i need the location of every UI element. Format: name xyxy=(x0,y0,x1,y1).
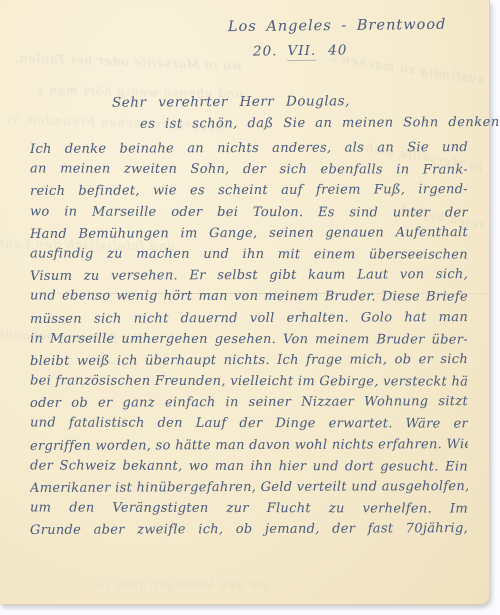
bleedthrough-writing: ausfindig zu machen und ihn mit einem üb… xyxy=(330,51,486,87)
bleedthrough-writing: um den Verängstigten zur Flucht zu verhe… xyxy=(95,578,270,593)
handwritten-line: bei französischen Freunden, vielleicht i… xyxy=(30,370,468,392)
handwritten-line: Grunde aber zweifle ich, ob jemand, der … xyxy=(30,518,468,541)
letterhead-date: 20.VII.40 xyxy=(253,42,348,59)
handwritten-line: in Marseille umhergehen gesehen. Von mei… xyxy=(30,328,468,350)
bleedthrough-writing: wo in Marseille oder bei Toulon. Es sind… xyxy=(12,51,242,74)
handwritten-line: ergriffen worden, so hätte man davon woh… xyxy=(30,434,468,457)
scanned-letter-page: wo in Marseille oder bei Toulon. Es sind… xyxy=(0,0,500,615)
opening-line: es ist schön, daß Sie an meinen Sohn den… xyxy=(140,115,442,132)
handwritten-line: müssen sich nicht dauernd voll erhalten.… xyxy=(30,307,468,330)
salutation-line: Sehr verehrter Herr Douglas, xyxy=(112,93,350,111)
handwritten-line: Ich denke beinahe an nichts anderes, als… xyxy=(30,137,468,160)
handwritten-line: der Schweiz bekannt, wo man ihn hier und… xyxy=(30,455,468,477)
letterhead-location: Los Angeles - Brentwood xyxy=(228,17,438,35)
handwritten-line: und fatalistisch den Lauf der Dinge erwa… xyxy=(30,413,468,435)
letterhead-date-month: VII. xyxy=(287,43,316,61)
handwritten-line: Amerikaner ist hinübergefahren, Geld ver… xyxy=(30,476,468,499)
handwritten-line: und ebenso wenig hört man von meinem Bru… xyxy=(30,286,468,308)
letterhead-date-year: 40 xyxy=(328,42,347,58)
handwritten-line: an meinen zweiten Sohn, der sich ebenfal… xyxy=(30,159,468,181)
handwritten-line: Hand Bemühungen im Gange, seinen genauen… xyxy=(30,222,468,245)
handwritten-line: wo in Marseille oder bei Toulon. Es sind… xyxy=(30,201,468,223)
letter-body: Ich denke beinahe an nichts anderes, als… xyxy=(30,138,468,541)
letter-paper-sheet: wo in Marseille oder bei Toulon. Es sind… xyxy=(0,0,490,605)
handwritten-line: Visum zu versehen. Er selbst gibt kaum L… xyxy=(30,264,468,287)
handwritten-line: reich befindet, wie es scheint auf freie… xyxy=(30,179,468,202)
handwritten-line: oder ob er ganz einfach in seiner Nizzae… xyxy=(30,391,468,414)
handwritten-line: bleibt weiß ich überhaupt nichts. Ich fr… xyxy=(30,349,468,372)
handwritten-line: um den Verängstigten zur Flucht zu verhe… xyxy=(30,498,468,520)
letterhead-date-day: 20. xyxy=(253,43,278,59)
handwritten-line: ausfindig zu machen und ihn mit einem üb… xyxy=(30,243,468,265)
